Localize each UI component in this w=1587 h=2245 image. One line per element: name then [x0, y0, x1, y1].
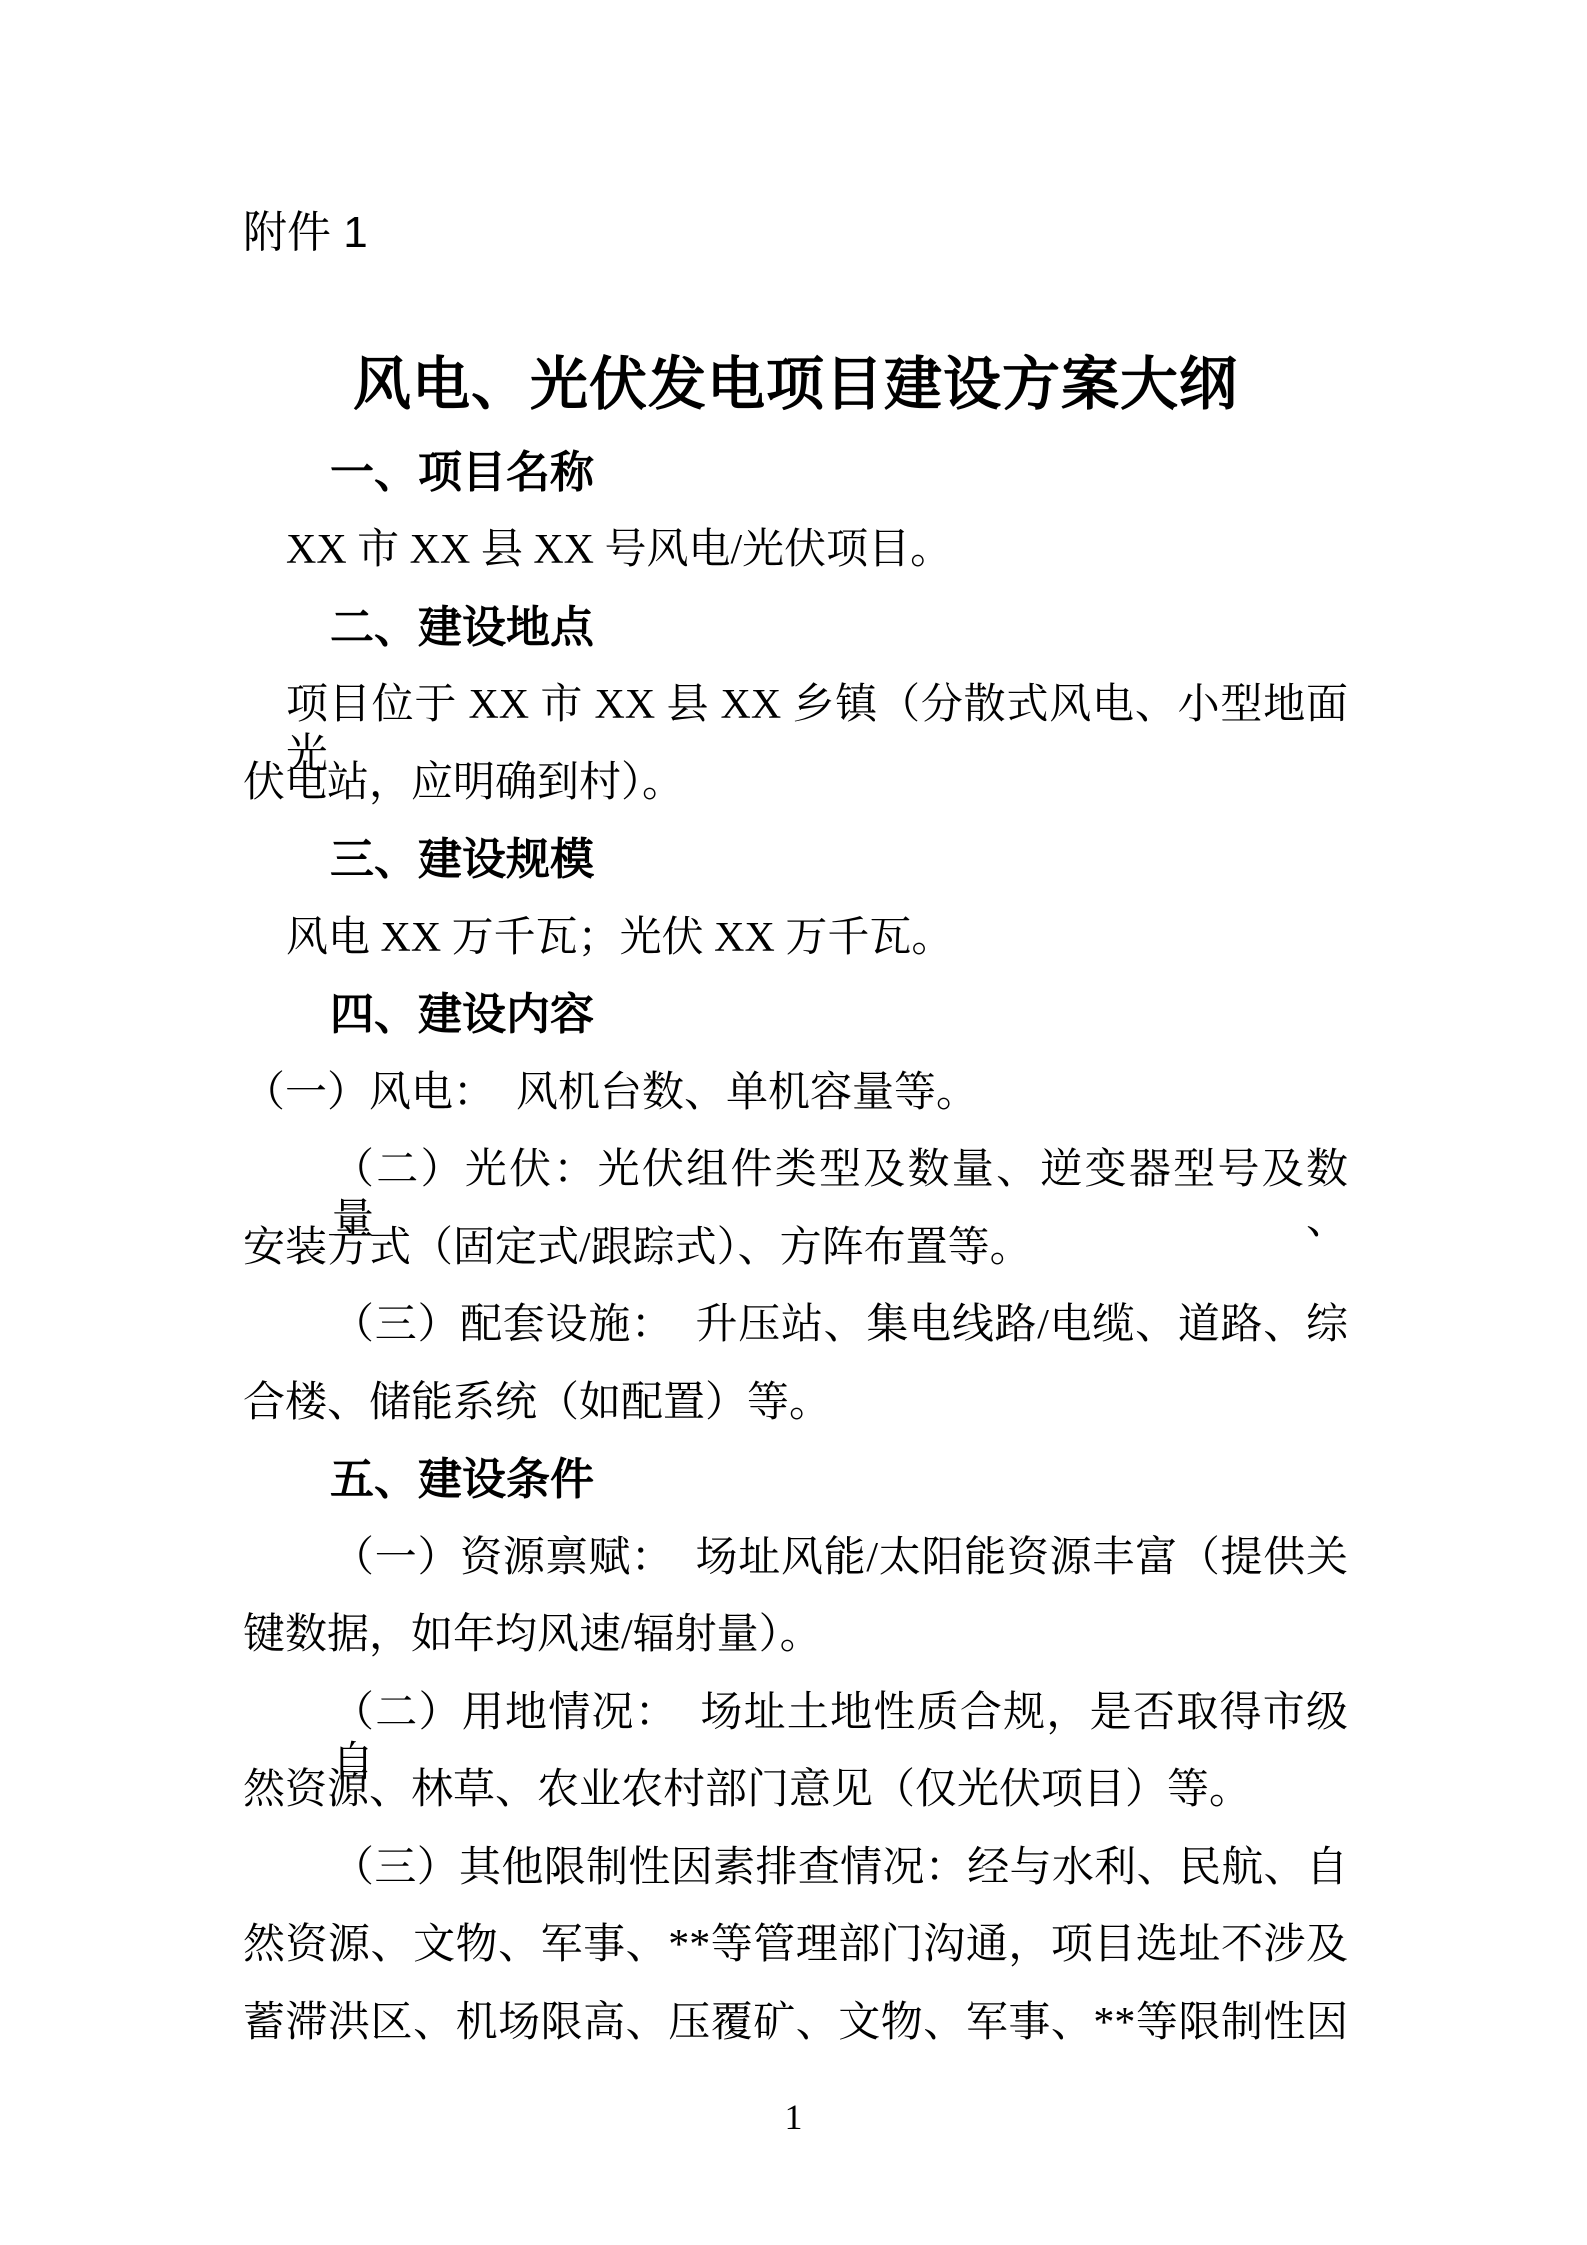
body-line-content-aux-2: 合楼、储能系统（如配置）等。: [243, 1378, 831, 1428]
heading-section-4-content: 四、建设内容: [330, 990, 594, 1040]
body-line-restriction-3: 蓄滞洪区、机场限高、压覆矿、文物、军事、**等限制性因: [243, 1998, 1348, 2048]
body-line-content-wind: （一）风电： 风机台数、单机容量等。: [243, 1068, 978, 1118]
body-line-project-name: XX 市 XX 县 XX 号风电/光伏项目。: [286, 525, 952, 575]
heading-section-1-project-name: 一、项目名称: [330, 448, 594, 498]
body-line-scale: 风电 XX 万千瓦；光伏 XX 万千瓦。: [286, 913, 953, 963]
body-line-restriction-2: 然资源、文物、军事、**等管理部门沟通，项目选址不涉及: [243, 1920, 1348, 1970]
body-line-content-aux-1: （三）配套设施： 升压站、集电线路/电缆、道路、综: [332, 1300, 1348, 1350]
body-line-resource-2: 键数据，如年均风速/辐射量）。: [243, 1610, 822, 1660]
heading-section-5-conditions: 五、建设条件: [330, 1455, 594, 1505]
body-line-restriction-1: （三）其他限制性因素排查情况：经与水利、民航、自: [332, 1843, 1348, 1893]
body-line-landuse-2: 然资源、林草、农业农村部门意见（仅光伏项目）等。: [243, 1765, 1251, 1815]
body-line-content-pv-2: 安装方式（固定式/跟踪式）、方阵布置等。: [243, 1223, 1032, 1273]
body-line-location-2: 伏电站，应明确到村）。: [243, 758, 684, 808]
heading-section-3-scale: 三、建设规模: [330, 835, 594, 885]
attachment-label: 附件 1: [243, 208, 368, 258]
document-title: 风电、光伏发电项目建设方案大纲: [243, 350, 1348, 420]
body-line-resource-1: （一）资源禀赋： 场址风能/太阳能资源丰富（提供关: [332, 1533, 1348, 1583]
heading-section-2-location: 二、建设地点: [330, 603, 594, 653]
page-number: 1: [0, 2096, 1587, 2138]
document-page: 附件 1 风电、光伏发电项目建设方案大纲 一、项目名称 XX 市 XX 县 XX…: [0, 0, 1587, 2245]
